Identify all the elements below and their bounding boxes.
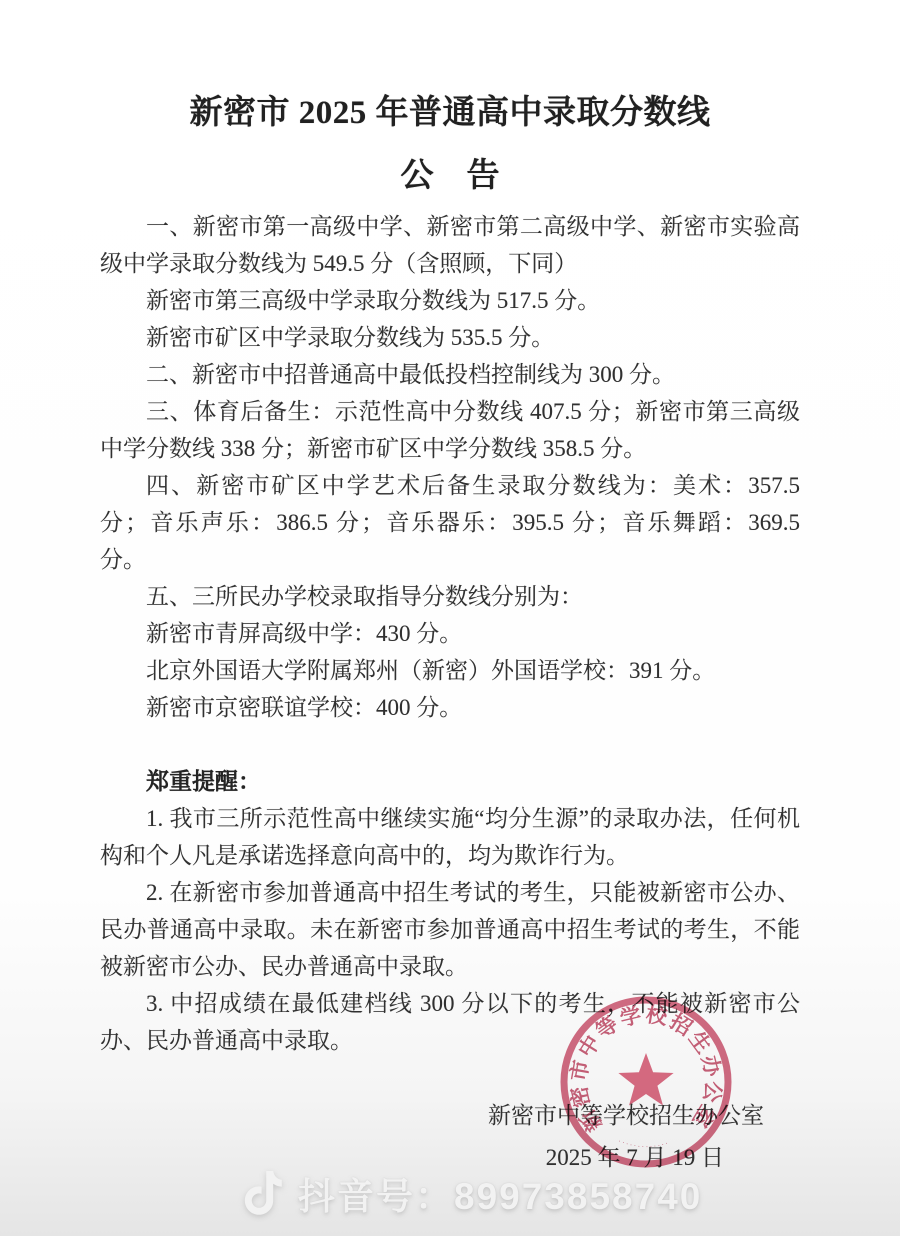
paragraph-school-bfsu: 北京外国语大学附属郑州（新密）外国语学校：391 分。 [100,652,800,689]
seal-serial-marks: ············· [617,1137,671,1151]
paragraph-school-mining: 新密市矿区中学录取分数线为 535.5 分。 [100,319,800,356]
watermark-text: 抖音号：89973858740 [298,1166,702,1220]
douyin-watermark: 抖音号：89973858740 [240,1164,702,1222]
announcement-page: 新密市 2025 年普通高中录取分数线 公 告 一、新密市第一高级中学、新密市第… [0,0,900,1236]
paragraph-section-4: 四、新密市矿区中学艺术后备生录取分数线为：美术：357.5 分；音乐声乐：386… [100,467,800,578]
paragraph-school-jingmi: 新密市京密联谊学校：400 分。 [100,689,800,726]
paragraph-section-3: 三、体育后备生：示范性高中分数线 407.5 分；新密市第三高级中学分数线 33… [100,393,800,467]
paragraph-school-no3: 新密市第三高级中学录取分数线为 517.5 分。 [100,282,800,319]
paragraph-school-qingping: 新密市青屏高级中学：430 分。 [100,615,800,652]
notice-heading: 郑重提醒： [100,763,800,800]
page-title: 新密市 2025 年普通高中录取分数线 [100,92,800,134]
paragraph-section-5: 五、三所民办学校录取指导分数线分别为： [100,578,800,615]
douyin-note-icon [240,1168,284,1218]
notice-item-1: 1. 我市三所示范性高中继续实施“均分生源”的录取办法，任何机构和个人凡是承诺选… [100,800,800,874]
seal-star-icon [618,1053,673,1106]
page-subtitle: 公 告 [100,155,800,197]
notice-item-2: 2. 在新密市参加普通高中招生考试的考生，只能被新密市公办、民办普通高中录取。未… [100,874,800,985]
paragraph-section-2: 二、新密市中招普通高中最低投档控制线为 300 分。 [100,356,800,393]
official-seal: 新密市中等学校招生办公室 ············· [556,992,736,1172]
paragraph-section-1: 一、新密市第一高级中学、新密市第二高级中学、新密市实验高级中学录取分数线为 54… [100,208,800,282]
